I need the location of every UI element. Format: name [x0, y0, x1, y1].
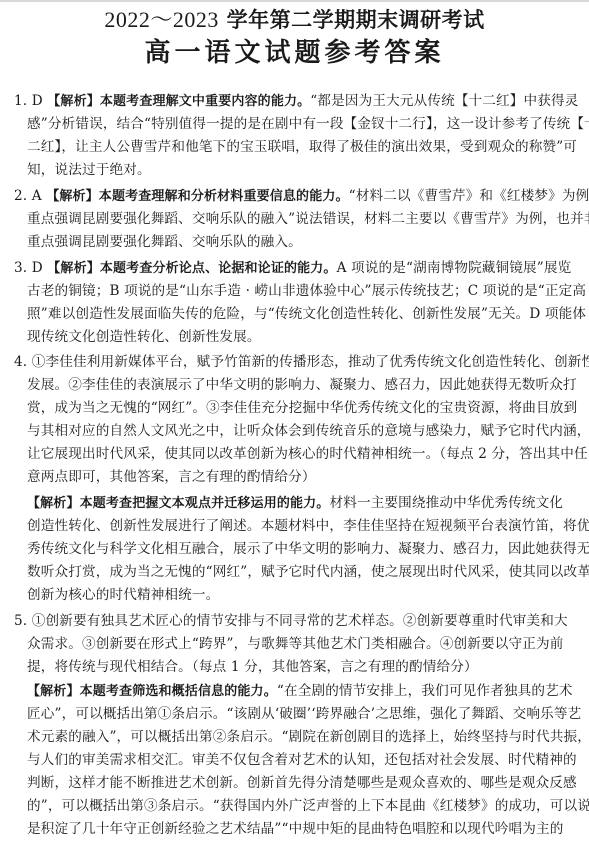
answer-line: 创造性转化、创新性发展进行了阐述。本题材料中，李佳佳坚持在短视频平台表演竹笛，将… [27, 517, 589, 535]
answer-text: 1. D [14, 93, 47, 109]
answer-text: “在全剧的情节安排上，我们可见作者独具的艺术 [277, 683, 573, 699]
answer-line: 与人们的审美需求相交汇。审美不仅包含着对艺术的认知，还包括对社会发展、时代精神的 [27, 751, 577, 769]
analysis-label: 【解析】本题考查理解和分析材料重要信息的能力。 [46, 189, 348, 204]
answer-line: 判断，这样才能不断推进艺术创新。创新首先得分清楚哪些是观众喜欢的、哪些是观众反感 [27, 774, 577, 792]
answer-line: 匠心”，可以概括出第①条启示。“该剧从‘破圈’‘跨界融合’之思维，强化了舞蹈、交… [27, 705, 581, 723]
answer-line: 1. D 【解析】本题考查理解文中重要内容的能力。“都是因为王大元从传统【十二红… [14, 92, 579, 111]
answer-line: 现传统文化创造性转化、创新性发展。 [27, 328, 261, 346]
answer-line: 让它展现出时代风采，使其同以改革创新为核心的时代精神相统一。（每点 2 分，答出… [27, 445, 588, 463]
answer-text: 知，说法过于绝对。 [27, 162, 151, 178]
answer-line: 创新为核心的时代精神相统一。 [27, 586, 219, 604]
answer-line: 【解析】本题考查把握文本观点并迁移运用的能力。材料一主要围绕推动中华优秀传统文化 [27, 494, 563, 513]
answer-line: 照”难以创造性发展面临失传的危险，与“传统文化创造性转化、创新性发展”无关。D … [27, 305, 586, 323]
answer-line: 数听众打赏，成为当之无愧的“网红”，赋予它时代内涵，使之展现出时代风采，使其同以… [27, 563, 589, 581]
answer-text: 的”，可以概括出第③条启示。“获得国内外广泛声誉的上下本昆曲《红楼梦》的成功，可… [27, 798, 589, 814]
answer-line: 重点强调昆剧要强化舞蹈、交响乐队的融入”说法错误，材料二主要以《曹雪芹》为例，也… [27, 210, 589, 228]
exam-year: 2022～2023 [104, 7, 219, 32]
answer-text: 术元素的融入”，可以概括出第②条启示。“剧院在新创剧目的选择上，始终坚持与时代共… [27, 729, 589, 745]
analysis-label: 【解析】本题考查分析论点、论据和论证的能力。 [47, 261, 336, 276]
exam-title: 2022～2023 学年第二学期期末调研考试 [0, 6, 589, 34]
answer-line: 众需求。③创新要在形式上“跨界”，与歌舞等其他艺术门类相融合。④创新要以守正为前 [27, 635, 563, 653]
answer-text: “都是因为王大元从传统【十二红】中获得灵 [310, 93, 578, 109]
analysis-label: 【解析】本题考查筛选和概括信息的能力。 [27, 684, 277, 699]
exam-term: 学年第二学期期末调研考试 [219, 7, 485, 32]
answer-text: 数听众打赏，成为当之无愧的“网红”，赋予它时代内涵，使之展现出时代风采，使其同以… [27, 564, 589, 580]
analysis-label: 【解析】本题考查把握文本观点并迁移运用的能力。 [27, 496, 329, 511]
answer-text: A 项说的是“湖南博物院藏铜镜展”展览 [337, 260, 572, 276]
answer-line: 是积淀了几十年守正创新经验之艺术结晶”“中规中矩的昆曲特色唱腔和以现代吟唱为主的 [27, 820, 563, 838]
answer-line: 古老的铜镜；B 项说的是“山东手造 · 崂山非遗体验中心”展示传统技艺；C 项说… [27, 282, 586, 300]
answer-text: 现传统文化创造性转化、创新性发展。 [27, 329, 261, 345]
answer-text: 5. ①创新要有独具艺术匠心的情节安排与不同寻常的艺术样态。②创新要尊重时代审美… [14, 613, 568, 629]
answer-text: 材料一主要围绕推动中华优秀传统文化 [329, 495, 563, 511]
answer-text: 提，将传统与现代相结合。（每点 1 分，其他答案，言之有理的酌情给分） [27, 659, 478, 675]
answer-text: 感”分析错误，结合“特别值得一提的是在剧中有一段【金钗十二行】，这一设计参考了传… [27, 116, 589, 132]
answer-line: 与其相对应的自然人文风光之中，让听众体会到传统音乐的意境与感染力，赋予它时代内涵… [27, 422, 589, 440]
answer-line: 赏，成为当之无愧的“网红”。③李佳佳充分挖掘中华优秀传统文化的宝贵资源，将曲目放… [27, 399, 577, 417]
answer-text: 匠心”，可以概括出第①条启示。“该剧从‘破圈’‘跨界融合’之思维，强化了舞蹈、交… [27, 706, 581, 722]
answer-text: 创新为核心的时代精神相统一。 [27, 587, 219, 603]
answer-text: 3. D [14, 260, 47, 276]
exam-subtitle: 高一语文试题参考答案 [0, 36, 589, 70]
answer-line: 二红】，让主人公曹雪芹和他笔下的宝玉联唱，取得了极佳的演出效果，受到观众的称赞”… [27, 138, 577, 156]
page-top-border [0, 0, 589, 2]
answer-text: 众需求。③创新要在形式上“跨界”，与歌舞等其他艺术门类相融合。④创新要以守正为前 [27, 636, 563, 652]
answer-line: 5. ①创新要有独具艺术匠心的情节安排与不同寻常的艺术样态。②创新要尊重时代审美… [14, 612, 568, 630]
answer-line: 【解析】本题考查筛选和概括信息的能力。“在全剧的情节安排上，我们可见作者独具的艺… [27, 682, 573, 701]
answer-text: 秀传统文化与科学文化相互融合，展示了中华文明的影响力、凝聚力、感召力，因此她获得… [27, 541, 589, 557]
answer-line: 4. ①李佳佳利用新媒体平台，赋予竹笛新的传播形态，推动了优秀传统文化创造性转化… [14, 353, 589, 371]
answer-line: 感”分析错误，结合“特别值得一提的是在剧中有一段【金钗十二行】，这一设计参考了传… [27, 115, 589, 133]
answer-text: 4. ①李佳佳利用新媒体平台，赋予竹笛新的传播形态，推动了优秀传统文化创造性转化… [14, 354, 589, 370]
answer-text: 判断，这样才能不断推进艺术创新。创新首先得分清楚哪些是观众喜欢的、哪些是观众反感 [27, 775, 577, 791]
answer-text: 与人们的审美需求相交汇。审美不仅包含着对艺术的认知，还包括对社会发展、时代精神的 [27, 752, 577, 768]
answer-text: 重点强调昆剧要强化舞蹈、交响乐队的融入。 [27, 234, 302, 250]
answer-line: 的”，可以概括出第③条启示。“获得国内外广泛声誉的上下本昆曲《红楼梦》的成功，可… [27, 797, 589, 815]
answer-text: 2. A [14, 188, 46, 204]
answer-line: 2. A 【解析】本题考查理解和分析材料重要信息的能力。“材料二以《曹雪芹》和《… [14, 187, 589, 206]
answer-line: 发展。②李佳佳的表演展示了中华文明的影响力、凝聚力、感召力，因此她获得无数听众打 [27, 376, 577, 394]
answer-text: 发展。②李佳佳的表演展示了中华文明的影响力、凝聚力、感召力，因此她获得无数听众打 [27, 377, 577, 393]
analysis-label: 【解析】本题考查理解文中重要内容的能力。 [47, 94, 310, 109]
answer-line: 知，说法过于绝对。 [27, 161, 151, 179]
answer-text: 古老的铜镜；B 项说的是“山东手造 · 崂山非遗体验中心”展示传统技艺；C 项说… [27, 283, 586, 299]
answer-line: 3. D 【解析】本题考查分析论点、论据和论证的能力。A 项说的是“湖南博物院藏… [14, 259, 571, 278]
answer-text: 照”难以创造性发展面临失传的危险，与“传统文化创造性转化、创新性发展”无关。D … [27, 306, 586, 322]
answer-text: 意两点即可，其他答案，言之有理的酌情给分） [27, 469, 316, 485]
answer-line: 秀传统文化与科学文化相互融合，展示了中华文明的影响力、凝聚力、感召力，因此她获得… [27, 540, 589, 558]
answer-text: 与其相对应的自然人文风光之中，让听众体会到传统音乐的意境与感染力，赋予它时代内涵… [27, 423, 589, 439]
answer-line: 术元素的融入”，可以概括出第②条启示。“剧院在新创剧目的选择上，始终坚持与时代共… [27, 728, 589, 746]
answer-line: 意两点即可，其他答案，言之有理的酌情给分） [27, 468, 316, 486]
answer-line: 提，将传统与现代相结合。（每点 1 分，其他答案，言之有理的酌情给分） [27, 658, 478, 676]
answer-text: 重点强调昆剧要强化舞蹈、交响乐队的融入”说法错误，材料二主要以《曹雪芹》为例，也… [27, 211, 589, 227]
answer-text: “材料二以《曹雪芹》和《红楼梦》为例 [349, 188, 589, 204]
answer-text: 让它展现出时代风采，使其同以改革创新为核心的时代精神相统一。（每点 2 分，答出… [27, 446, 588, 462]
answer-text: 是积淀了几十年守正创新经验之艺术结晶”“中规中矩的昆曲特色唱腔和以现代吟唱为主的 [27, 821, 563, 837]
answer-text: 赏，成为当之无愧的“网红”。③李佳佳充分挖掘中华优秀传统文化的宝贵资源，将曲目放… [27, 400, 577, 416]
answer-text: 二红】，让主人公曹雪芹和他笔下的宝玉联唱，取得了极佳的演出效果，受到观众的称赞”… [27, 139, 577, 155]
answer-text: 创造性转化、创新性发展进行了阐述。本题材料中，李佳佳坚持在短视频平台表演竹笛，将… [27, 518, 589, 534]
answer-line: 重点强调昆剧要强化舞蹈、交响乐队的融入。 [27, 233, 302, 251]
